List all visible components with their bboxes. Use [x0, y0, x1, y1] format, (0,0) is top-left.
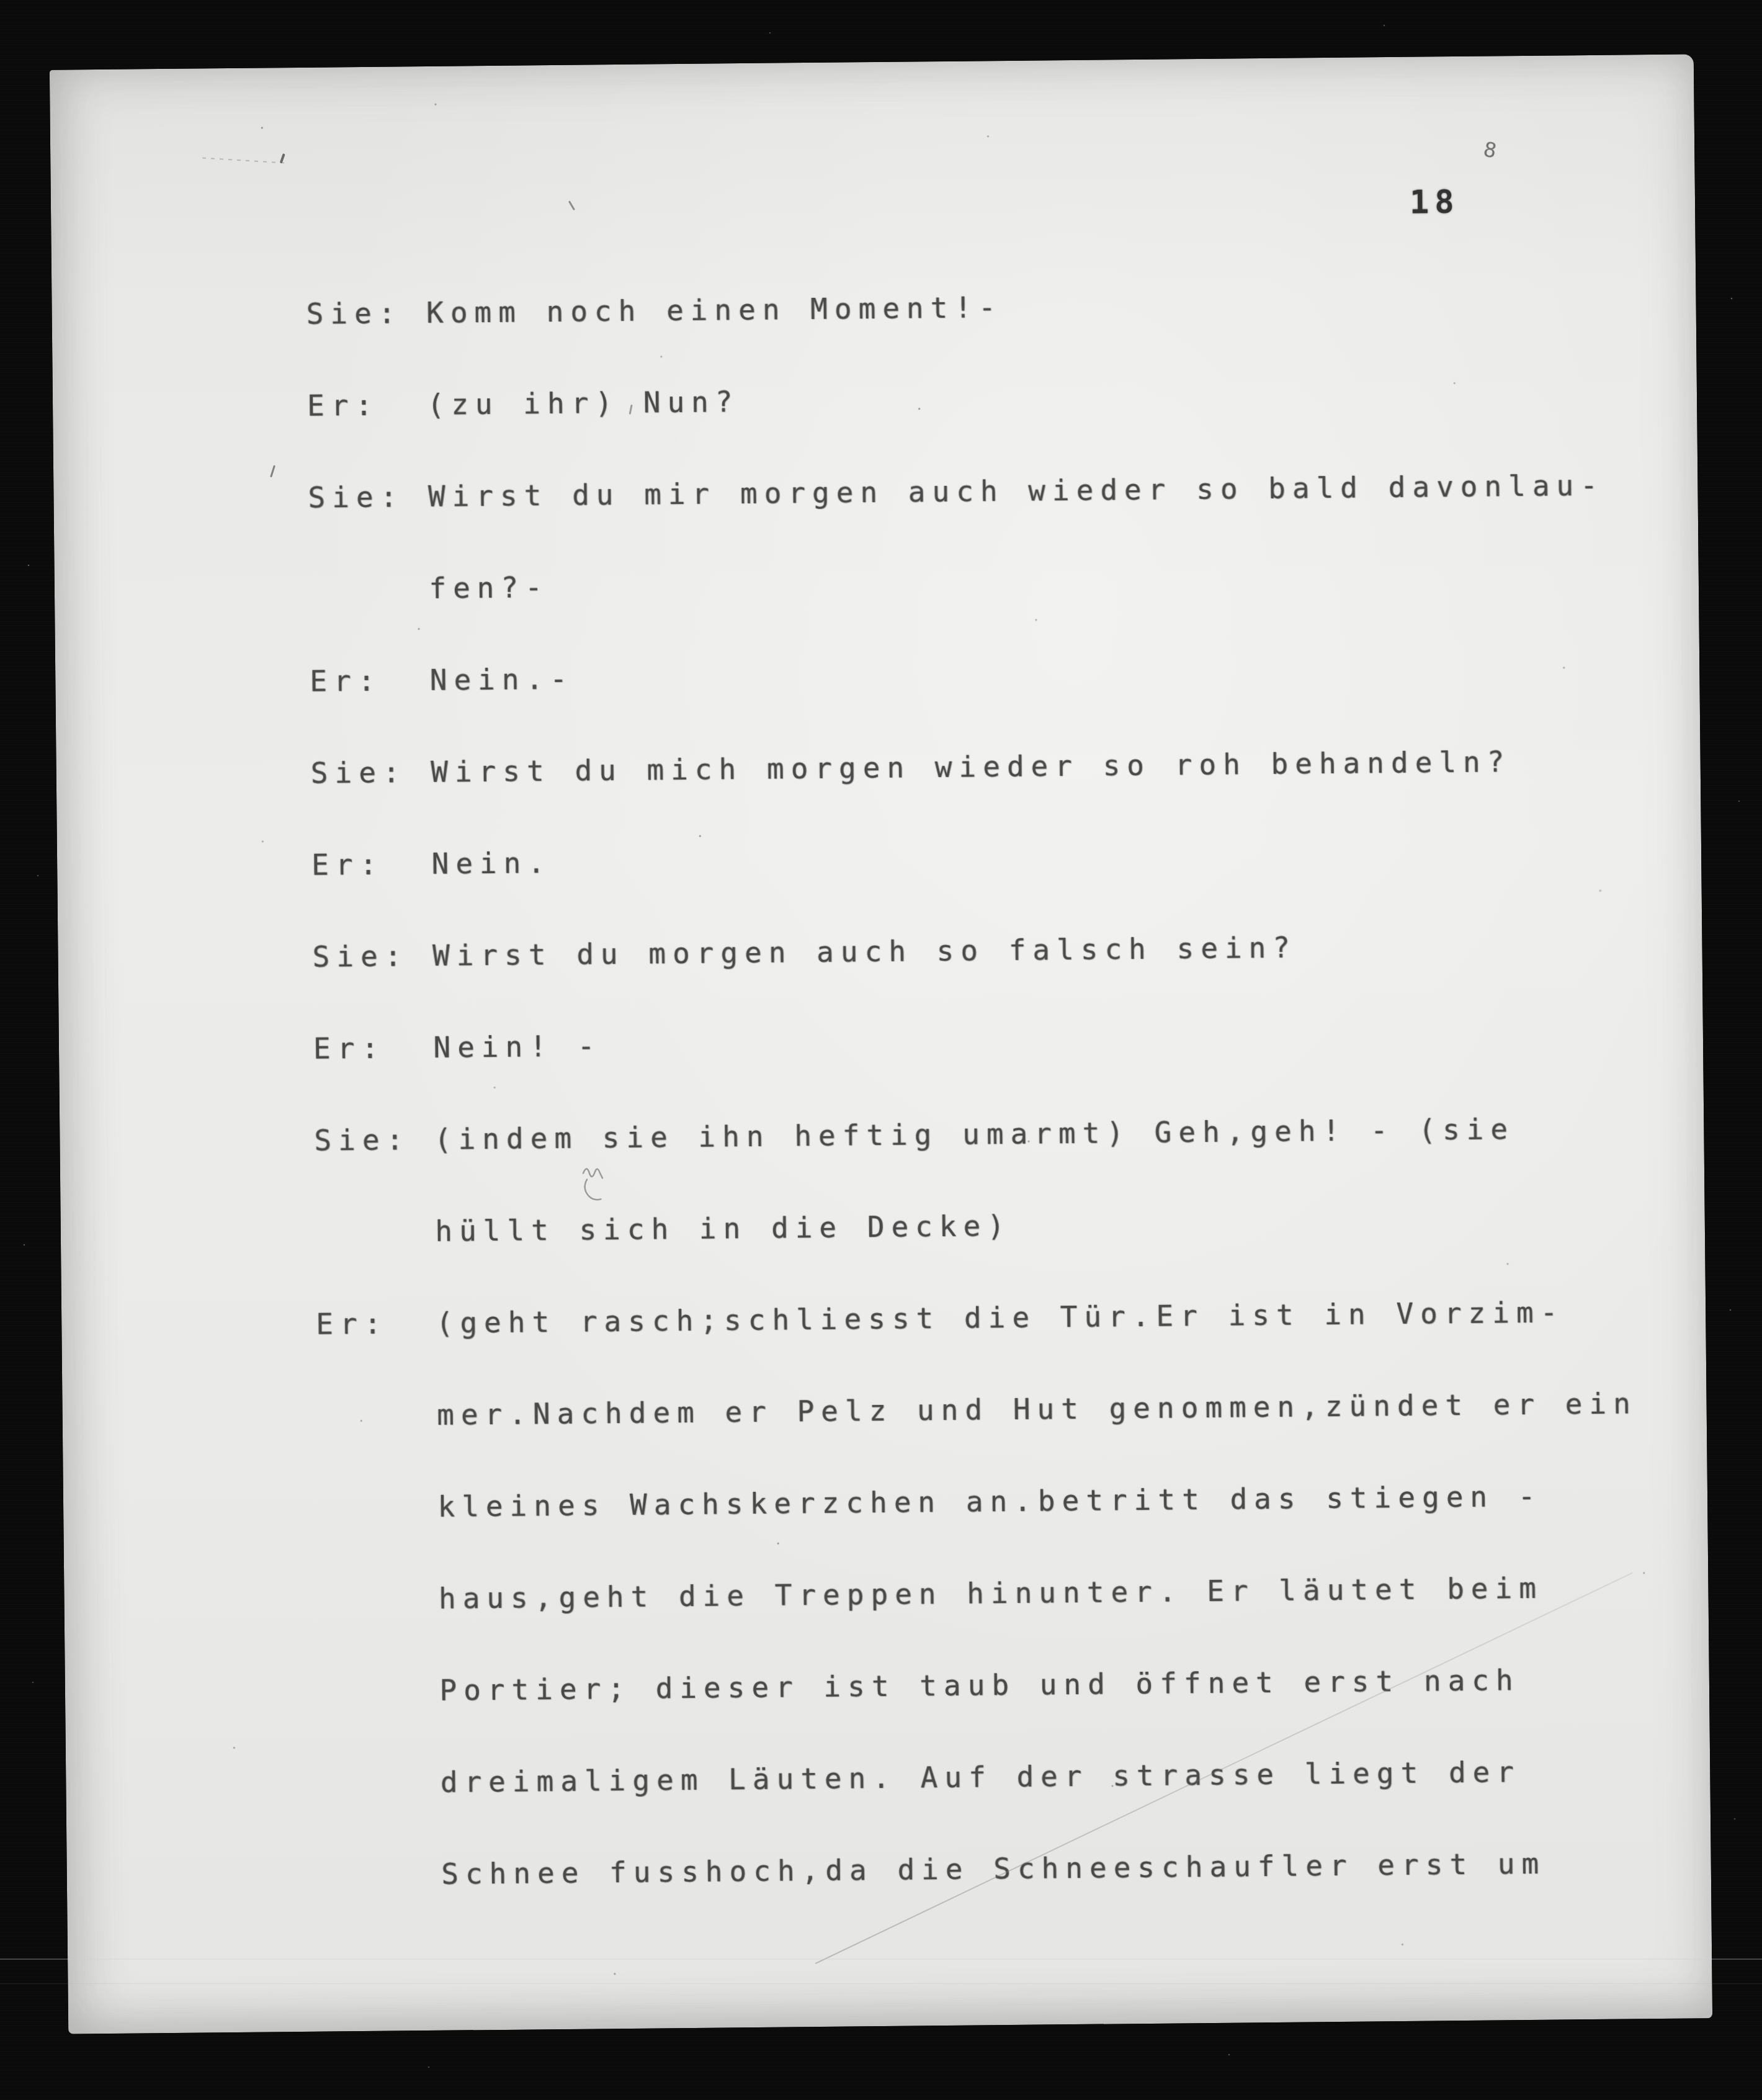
typed-line: kleines Wachskerzchen an.betritt das sti… — [317, 1449, 1639, 1553]
page-number: 18 — [1410, 184, 1460, 222]
typed-line: Sie: Wirst du mir morgen auch wieder so … — [308, 439, 1629, 543]
typed-line: Er: Nein! - — [313, 990, 1634, 1094]
typed-line: mer.Nachdem er Pelz und Hut genommen,zün… — [316, 1357, 1638, 1461]
typed-line: Portier; dieser ist taub und öffnet erst… — [319, 1633, 1640, 1737]
scanned-document: 8 18 Sie: Komm noch einen Moment!- Er: (… — [0, 0, 1762, 2100]
scan-line-artifact — [0, 1983, 1762, 1984]
typed-line: dreimaligem Läuten. Auf der strasse lieg… — [320, 1725, 1642, 1829]
pencil-squiggle — [578, 1162, 641, 1206]
typed-line: Er: (geht rasch;schliesst die Tür.Er ist… — [316, 1265, 1637, 1370]
dialogue-text: Sie: Komm noch einen Moment!- Er: (zu ih… — [306, 255, 1642, 1921]
typed-line: Sie: (indem sie ihn heftig umarmt) Geh,g… — [314, 1082, 1635, 1186]
typed-line: hüllt sich in die Decke) — [315, 1173, 1636, 1278]
typed-line: Er: Nein. — [311, 806, 1632, 910]
typed-line: fen?- — [308, 531, 1630, 635]
typed-line: Sie: Wirst du morgen auch so falsch sein… — [312, 898, 1634, 1002]
typed-line: Er: Nein.- — [310, 622, 1631, 727]
scratch-mark — [202, 158, 289, 164]
typed-line: Sie: Komm noch einen Moment!- — [306, 255, 1627, 359]
film-dust — [0, 0, 1, 1]
typed-line: haus,geht die Treppen hinunter. Er läute… — [318, 1541, 1640, 1645]
scratch-mark — [270, 465, 275, 477]
scan-line-artifact — [0, 1959, 1762, 1960]
typed-line: Schnee fusshoch,da die Schneeschaufler e… — [321, 1816, 1642, 1921]
typed-line: Er: (zu ihr) Nun? — [306, 347, 1628, 451]
scratch-mark — [568, 200, 575, 210]
typed-line: Sie: Wirst du mich morgen wieder so roh … — [310, 714, 1632, 819]
handwritten-mark: 8 — [1481, 137, 1498, 164]
paper-dust — [50, 70, 51, 72]
typewritten-page: 8 18 Sie: Komm noch einen Moment!- Er: (… — [50, 54, 1712, 2034]
